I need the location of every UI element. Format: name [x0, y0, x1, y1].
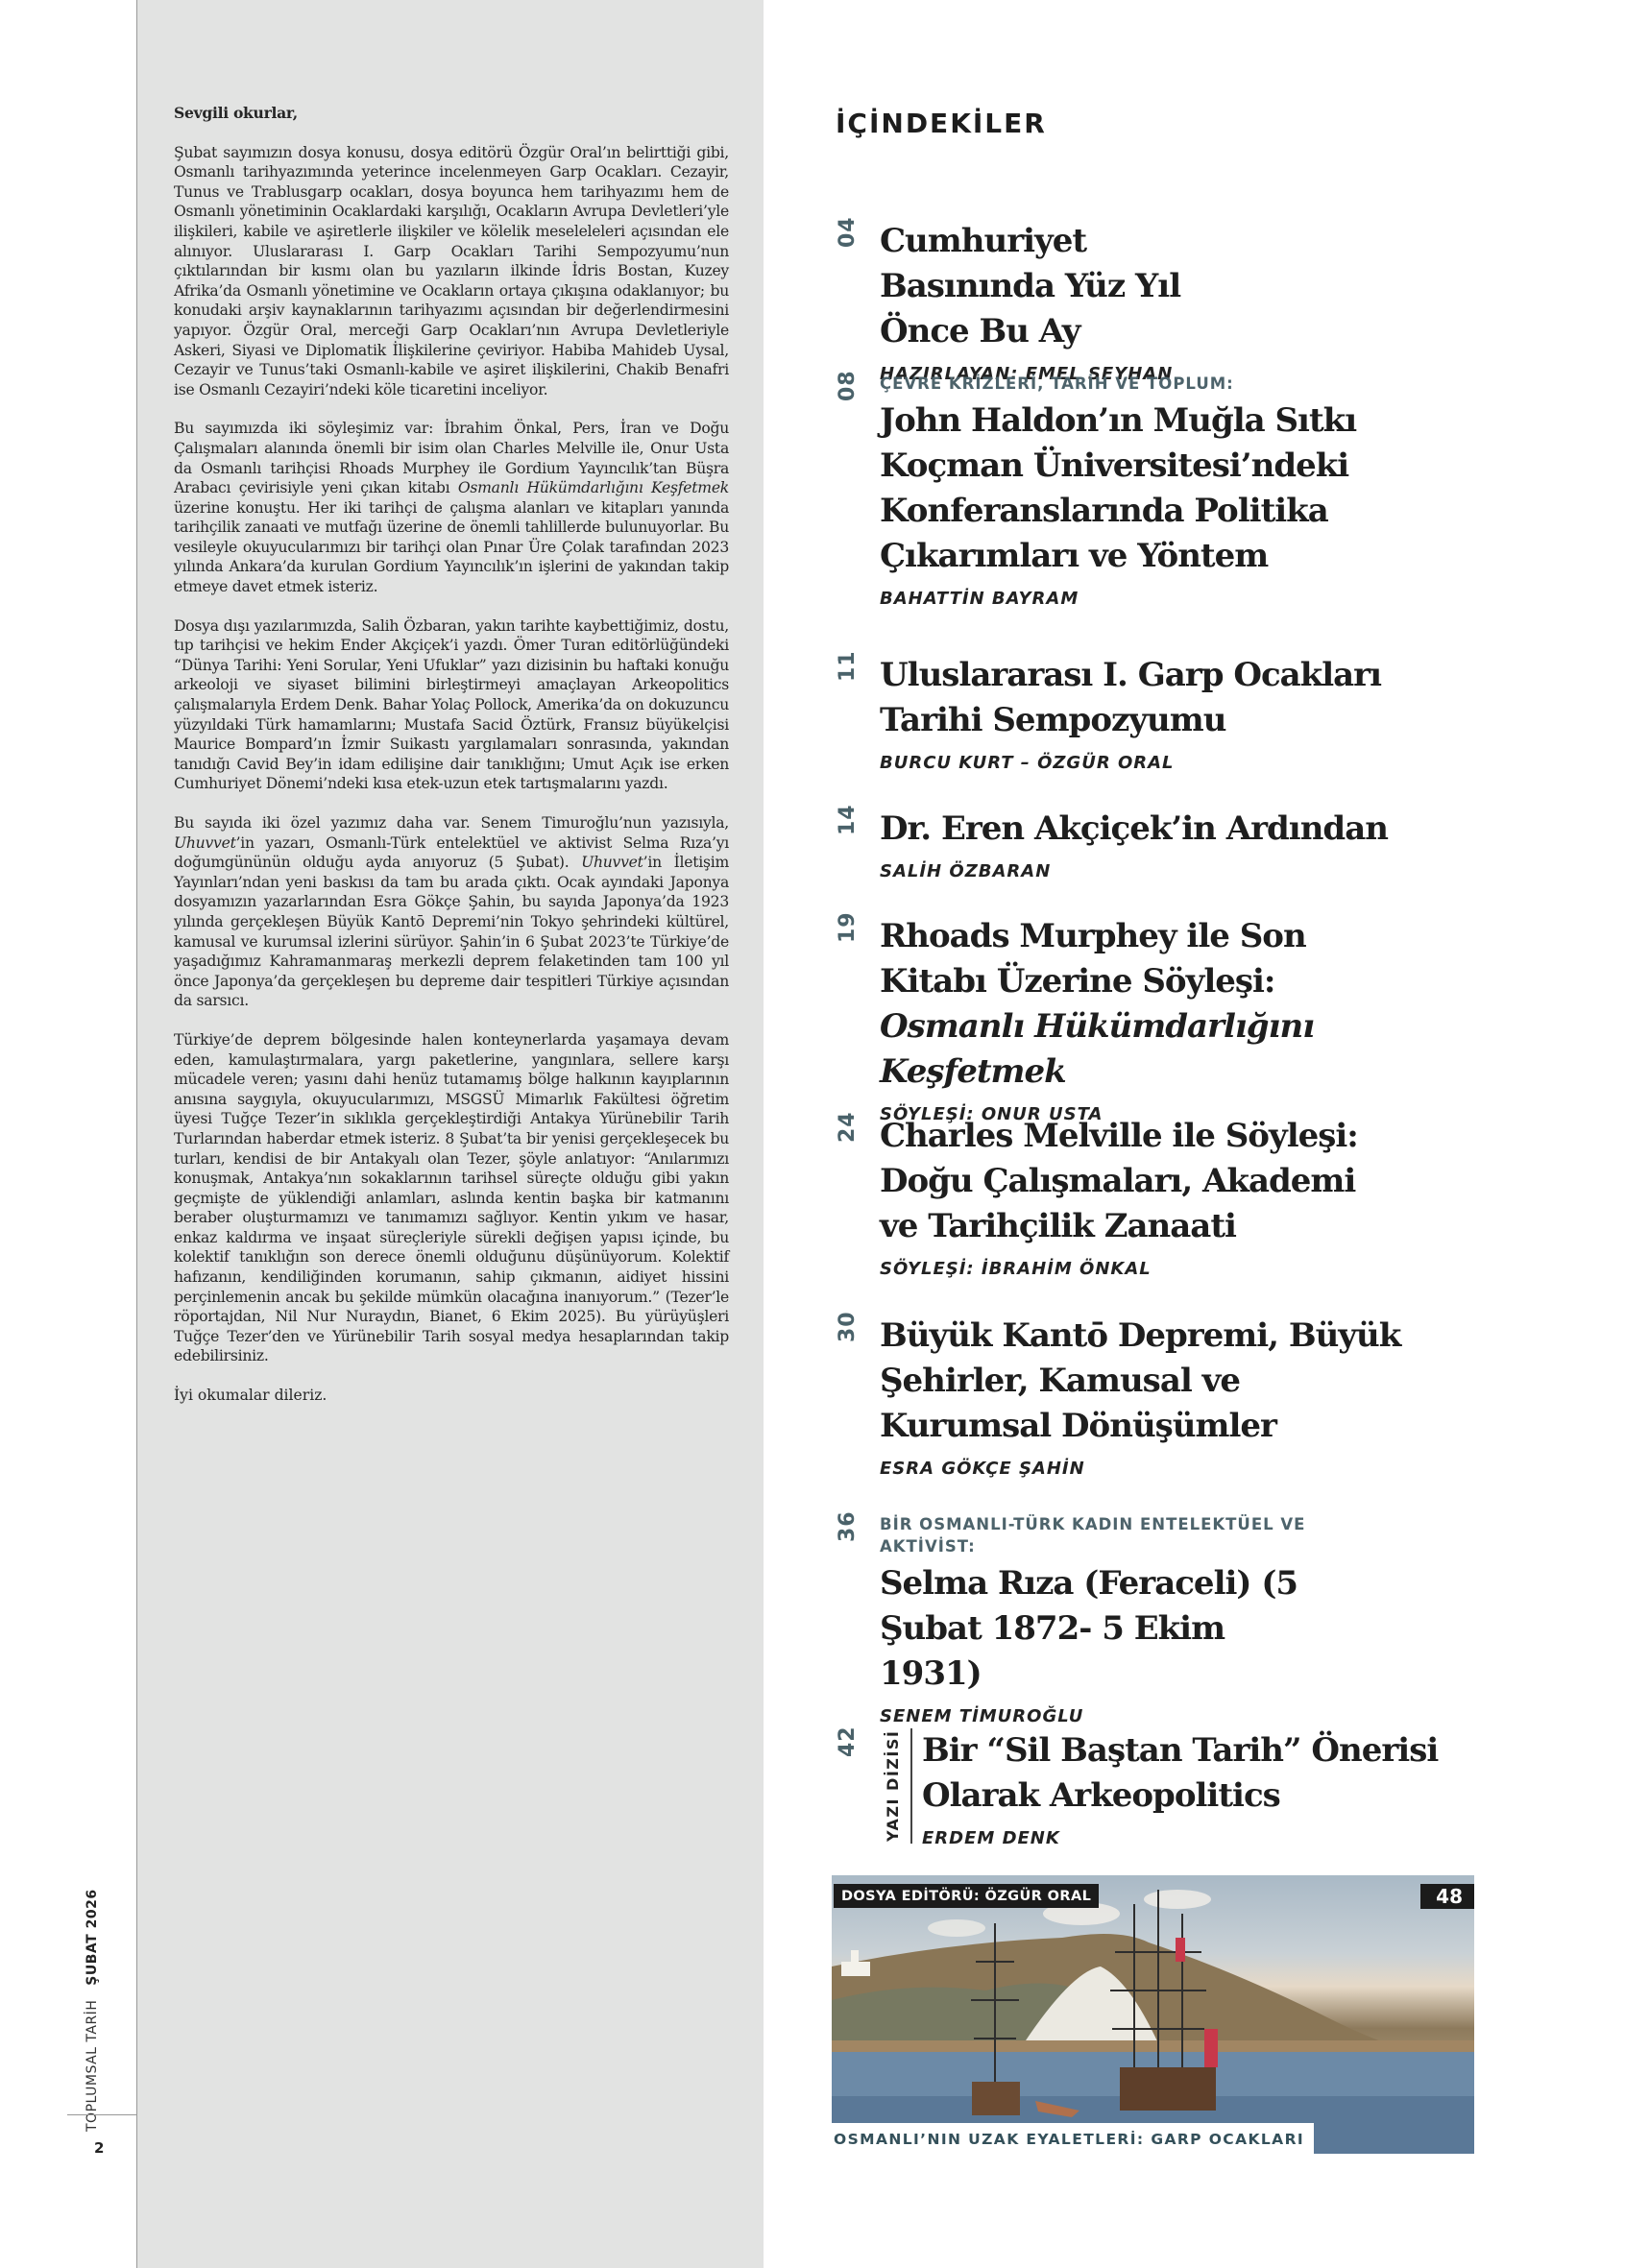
book-title: Uhuvvet: [581, 854, 643, 871]
entry-page-number: 19: [836, 914, 860, 943]
running-footer: TOPLUMSAL TARİH ŞUBAT 2026: [85, 1889, 100, 2132]
entry-page-number: 11: [836, 653, 860, 682]
magazine-name: TOPLUMSAL TARİH: [85, 2000, 100, 2132]
dossier-page-number: 48: [1420, 1884, 1474, 1909]
entry-author: ESRA GÖKÇE ŞAHİN: [880, 1459, 1475, 1479]
entry-kicker: BİR OSMANLI-TÜRK KADIN ENTELEKTÜEL VE AK…: [880, 1513, 1379, 1557]
entry-page-number: 08: [836, 373, 860, 401]
entry-author: SÖYLEŞİ: İBRAHİM ÖNKAL: [880, 1259, 1475, 1279]
editorial-panel: Sevgili okurlar, Şubat sayımızın dosya k…: [136, 0, 764, 2268]
issue-date: ŞUBAT 2026: [85, 1889, 100, 1985]
entry-author: BAHATTİN BAYRAM: [880, 589, 1475, 609]
entry-title: Selma Rıza (Feraceli) (5 Şubat 1872- 5 E…: [880, 1561, 1322, 1697]
harbor-painting-illustration: [832, 1875, 1474, 2154]
entry-kicker: ÇEVRE KRİZLERİ, TARİH VE TOPLUM:: [880, 373, 1475, 395]
editorial-paragraph: Şubat sayımızın dosya konusu, dosya edit…: [174, 143, 729, 400]
entry-author: SENEM TİMUROĞLU: [880, 1706, 1475, 1726]
entry-author: SALİH ÖZBARAN: [880, 861, 1475, 881]
entry-title: Uluslararası I. Garp Ocakları Tarihi Sem…: [880, 653, 1418, 743]
book-title: Osmanlı Hükümdarlığını Keşfetmek: [880, 1007, 1314, 1091]
dossier-editor-label: DOSYA EDİTÖRÜ: ÖZGÜR ORAL: [834, 1884, 1099, 1908]
editorial-paragraph: Bu sayımızda iki söyleşimiz var: İbrahim…: [174, 419, 729, 596]
entry-page-number: 14: [836, 807, 860, 835]
book-title: Uhuvvet: [174, 834, 236, 852]
editorial-greeting: Sevgili okurlar,: [174, 104, 729, 124]
dossier-caption: OSMANLI’NIN UZAK EYALETLERİ: GARP OCAKLA…: [832, 2123, 1314, 2154]
paragraph-text: Bu sayıda iki özel yazımız daha var. Sen…: [174, 814, 729, 832]
editorial-paragraph: Dosya dışı yazılarımızda, Salih Özbaran,…: [174, 616, 729, 794]
entry-title: Charles Melville ile Söyleşi: Doğu Çalış…: [880, 1114, 1389, 1249]
editorial-closing: İyi okumalar dileriz.: [174, 1386, 729, 1406]
editorial-paragraph: Türkiye’de deprem bölgesinde halen konte…: [174, 1030, 729, 1366]
entry-page-number: 42: [836, 1728, 860, 1757]
entry-page-number: 04: [836, 219, 860, 248]
page-margin-rail: TOPLUMSAL TARİH ŞUBAT 2026 2: [0, 0, 136, 2268]
book-title: Osmanlı Hükümdarlığını Keşfetmek: [458, 479, 729, 496]
entry-title: Cumhuriyet Basınında Yüz Yıl Önce Bu Ay: [880, 219, 1264, 354]
paragraph-text: ’in İletişim Yayınları’ndan yeni baskısı…: [174, 854, 729, 1009]
series-tag: YAZI DİZİSİ: [884, 1728, 912, 1844]
contents-heading: İÇİNDEKİLER: [836, 108, 1047, 139]
paragraph-text: üzerine konuştu. Her iki tarihçi de çalı…: [174, 499, 729, 595]
dossier-cover-image[interactable]: DOSYA EDİTÖRÜ: ÖZGÜR ORAL 48 OSMANLI’NIN…: [832, 1875, 1474, 2154]
editorial-text: Sevgili okurlar, Şubat sayımızın dosya k…: [174, 104, 729, 1406]
entry-page-number: 36: [836, 1513, 860, 1542]
entry-title: Dr. Eren Akçiçek’in Ardından: [880, 807, 1475, 852]
entry-page-number: 30: [836, 1314, 860, 1342]
editorial-paragraph: Bu sayıda iki özel yazımız daha var. Sen…: [174, 813, 729, 1011]
page-number: 2: [94, 2139, 104, 2157]
series-label: YAZI DİZİSİ: [884, 1730, 885, 1842]
entry-page-number: 24: [836, 1114, 860, 1143]
entry-title: Büyük Kantō Depremi, Büyük Şehirler, Kam…: [880, 1314, 1418, 1449]
entry-title: Bir “Sil Baştan Tarih” Önerisi Olarak Ar…: [922, 1728, 1479, 1819]
entry-title: Rhoads Murphey ile Son Kitabı Üzerine Sö…: [880, 914, 1418, 1095]
title-text: Rhoads Murphey ile Son Kitabı Üzerine Sö…: [880, 917, 1306, 1001]
entry-author: BURCU KURT – ÖZGÜR ORAL: [880, 753, 1475, 773]
entry-author: ERDEM DENK: [922, 1828, 1479, 1848]
entry-title: John Haldon’ın Muğla Sıtkı Koçman Üniver…: [880, 398, 1379, 579]
footer-divider: [67, 2114, 136, 2115]
